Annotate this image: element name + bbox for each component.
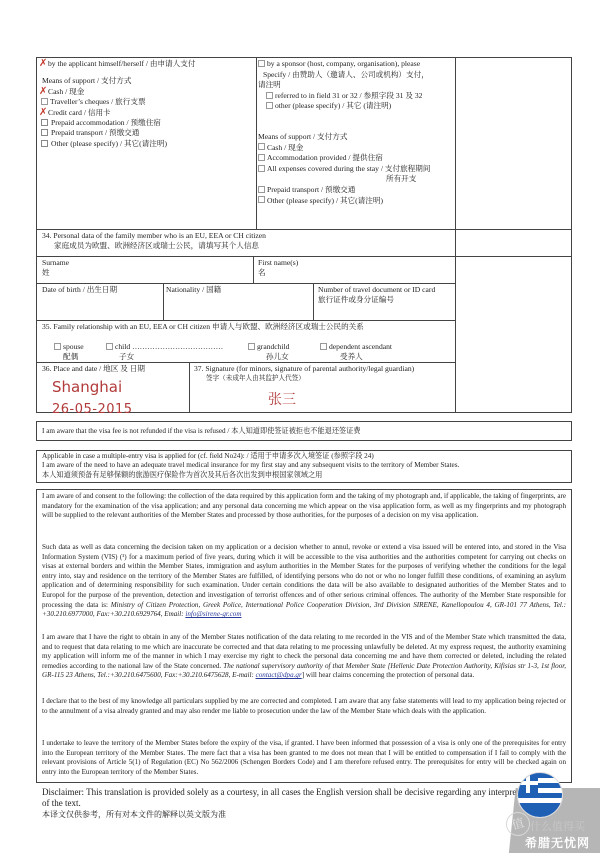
place-value[interactable]: Shanghai <box>52 378 122 396</box>
consent-paragraph-3: I am aware that I have the right to obta… <box>42 633 566 681</box>
travel-document-number-field[interactable]: Number of travel document or ID card 旅行证… <box>318 285 435 306</box>
checkbox-icon <box>258 154 265 161</box>
checkbox-icon <box>41 140 48 147</box>
checkbox-icon <box>258 60 265 67</box>
divider <box>36 320 455 321</box>
checkbox-icon <box>258 196 265 203</box>
x-mark-icon: ✗ <box>39 108 48 118</box>
sponsor-means-title: Means of support / 支付方式 <box>258 132 430 143</box>
divider <box>36 362 455 363</box>
relationship-spouse[interactable]: spouse 配偶 <box>54 342 84 363</box>
applicant-payment-option[interactable]: ✗by the applicant himself/herself / 由申请人… <box>39 59 195 69</box>
checkbox-sponsor-prepaid-transport[interactable]: Prepaid transport / 预缴交通 <box>258 185 430 196</box>
nationality-field[interactable]: Nationality / 国籍 <box>166 285 221 295</box>
consent-paragraph-4: I declare that to the best of my knowled… <box>42 697 566 716</box>
surname-field[interactable]: Surname 姓 <box>42 258 69 279</box>
field-37-label: 37. Signature (for minors, signature of … <box>194 364 414 385</box>
relationship-child[interactable]: child ……………………………… 子女 <box>106 342 223 363</box>
checkbox-credit-card[interactable]: ✗Credit card / 信用卡 <box>39 108 195 118</box>
field-36-label: 36. Place and date / 地区 及 日期 <box>42 364 145 374</box>
checkbox-sponsor-cash[interactable]: Cash / 现金 <box>258 143 430 154</box>
checkbox-icon <box>320 343 327 350</box>
relationship-grandchild[interactable]: grandchild 孙儿女 <box>248 342 289 363</box>
checkbox-icon <box>266 92 273 99</box>
x-mark-icon: ✗ <box>39 59 48 69</box>
divider <box>256 57 257 229</box>
consent-paragraph-5: I undertake to leave the territory of th… <box>42 739 566 777</box>
x-mark-icon: ✗ <box>39 87 48 97</box>
field-35-title: 35. Family relationship with an EU, EEA … <box>42 322 364 332</box>
checkbox-icon <box>248 343 255 350</box>
sirene-email-link[interactable]: info@sirene-gr.com <box>185 610 241 618</box>
divider <box>163 283 164 320</box>
divider <box>36 256 572 257</box>
checkbox-other[interactable]: Other (please specify) / 其它(请注明) <box>39 139 195 149</box>
checkbox-sponsor-other-specify[interactable]: other (please specify) / 其它 (请注明) <box>258 101 430 112</box>
multi-entry-text: Applicable in case a multiple-entry visa… <box>42 452 459 480</box>
divider <box>253 256 254 283</box>
checkbox-icon <box>266 102 273 109</box>
checkbox-referred-field-31-32[interactable]: referred to in field 31 or 32 / 参照字段 31 … <box>258 91 430 102</box>
checkbox-icon <box>106 343 113 350</box>
first-name-field[interactable]: First name(s) 名 <box>258 258 298 279</box>
sponsor-payment-option[interactable]: by a sponsor (host, company, organisatio… <box>258 59 430 70</box>
date-value[interactable]: 26-05-2015 <box>52 402 133 418</box>
checkbox-all-expenses[interactable]: All expenses covered during the stay / 支… <box>258 164 430 175</box>
relationship-dependent-ascendant[interactable]: dependent ascendant 受养人 <box>320 342 392 363</box>
checkbox-sponsor-other[interactable]: Other (please specify) / 其它(请注明) <box>258 196 430 207</box>
watermark-text-1: 什么值得买 <box>530 818 585 834</box>
signature-value[interactable]: 张三 <box>268 392 296 409</box>
checkbox-icon <box>54 343 61 350</box>
divider <box>455 57 456 413</box>
watermark-text-2: 希腊无忧网 <box>525 834 590 851</box>
consent-paragraph-2: Such data as well as data concerning the… <box>42 543 566 620</box>
checkbox-icon <box>258 143 265 150</box>
refund-notice-text: I am aware that the visa fee is not refu… <box>42 426 361 436</box>
divider <box>36 229 572 230</box>
disclaimer: Disclaimer: This translation is provided… <box>42 787 542 820</box>
checkbox-icon <box>258 165 265 172</box>
checkbox-cash[interactable]: ✗Cash / 现金 <box>39 87 195 97</box>
disclaimer-cn: 本译文仅供参考，所有对本文件的解释以英文版为准 <box>42 809 542 820</box>
sponsor-payment-section: by a sponsor (host, company, organisatio… <box>258 59 430 206</box>
checkbox-icon <box>258 186 265 193</box>
checkbox-prepaid-transport[interactable]: Prepaid transport / 预缴交通 <box>39 128 195 138</box>
field-34-title: 34. Personal data of the family member w… <box>42 231 266 252</box>
disclaimer-en: Disclaimer: This translation is provided… <box>42 787 542 809</box>
checkbox-icon <box>41 119 48 126</box>
checkbox-travellers-cheques[interactable]: Traveller’s cheques / 旅行支票 <box>39 97 195 107</box>
divider <box>36 283 455 284</box>
checkbox-prepaid-accommodation[interactable]: Prepaid accommodation / 预缴住宿 <box>39 118 195 128</box>
checkbox-icon <box>41 129 48 136</box>
applicant-payment-section: ✗by the applicant himself/herself / 由申请人… <box>39 59 195 149</box>
consent-paragraph-1: I am aware of and consent to the followi… <box>42 492 566 521</box>
date-of-birth-field[interactable]: Date of birth / 出生日期 <box>42 285 117 295</box>
dpa-email-link[interactable]: contact@dpa.gr <box>256 671 302 679</box>
divider <box>189 362 190 413</box>
means-of-support-title: Means of support / 支付方式 <box>39 76 195 86</box>
checkbox-icon <box>41 98 48 105</box>
checkbox-accommodation-provided[interactable]: Accommodation provided / 提供住宿 <box>258 153 430 164</box>
divider <box>313 283 314 320</box>
greece-flag-icon <box>517 772 563 818</box>
